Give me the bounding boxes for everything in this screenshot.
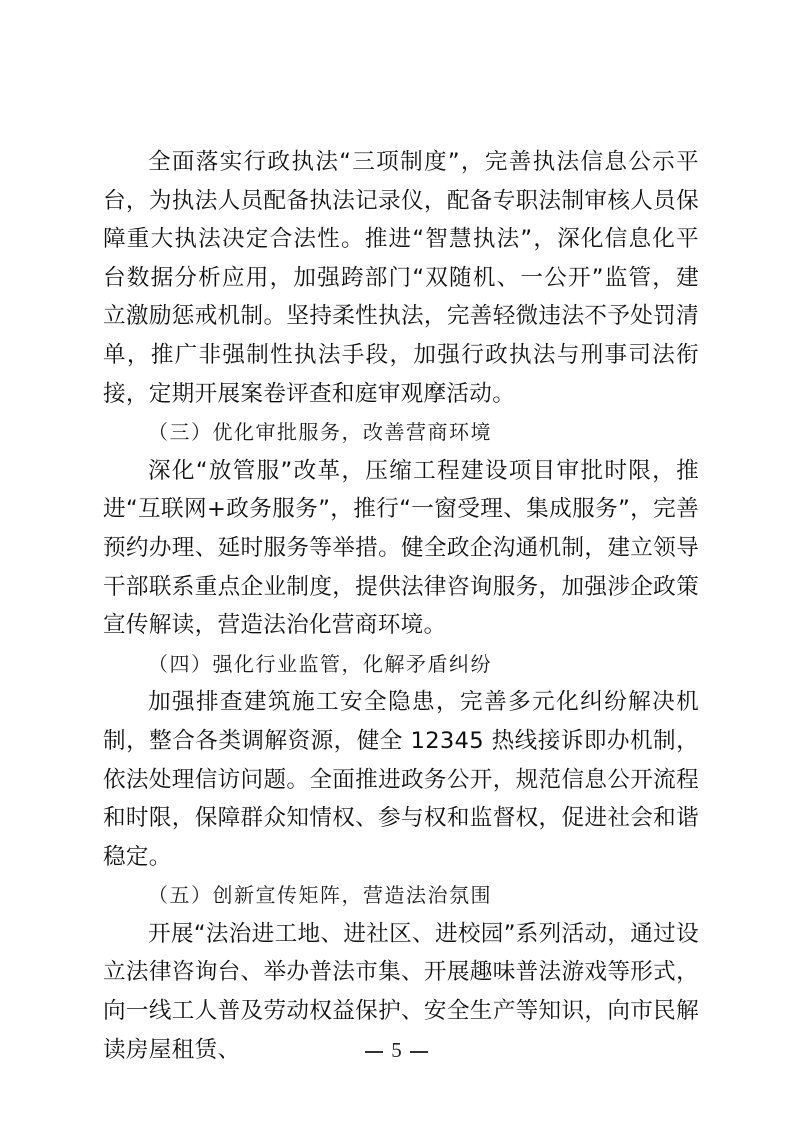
footer-dash-right: [410, 1051, 428, 1053]
document-page: 全面落实行政执法“三项制度”，完善执法信息公示平台，为执法人员配备执法记录仪，配…: [103, 143, 699, 1069]
footer-dash-left: [365, 1051, 383, 1053]
page-number: 5: [391, 1038, 402, 1062]
section-heading-3: （三）优化审批服务，改善营商环境: [103, 413, 699, 452]
paragraph-law-enforcement: 全面落实行政执法“三项制度”，完善执法信息公示平台，为执法人员配备执法记录仪，配…: [103, 143, 699, 413]
section-heading-5: （五）创新宣传矩阵，营造法治氛围: [103, 876, 699, 915]
paragraph-industry-supervision: 加强排查建筑施工安全隐患，完善多元化纠纷解决机制，整合各类调解资源，健全 123…: [103, 683, 699, 876]
page-footer: 5: [0, 1038, 793, 1063]
paragraph-approval-services: 深化“放管服”改革，压缩工程建设项目审批时限，推进“互联网+政务服务”，推行“一…: [103, 452, 699, 645]
section-heading-4: （四）强化行业监管，化解矛盾纠纷: [103, 645, 699, 684]
